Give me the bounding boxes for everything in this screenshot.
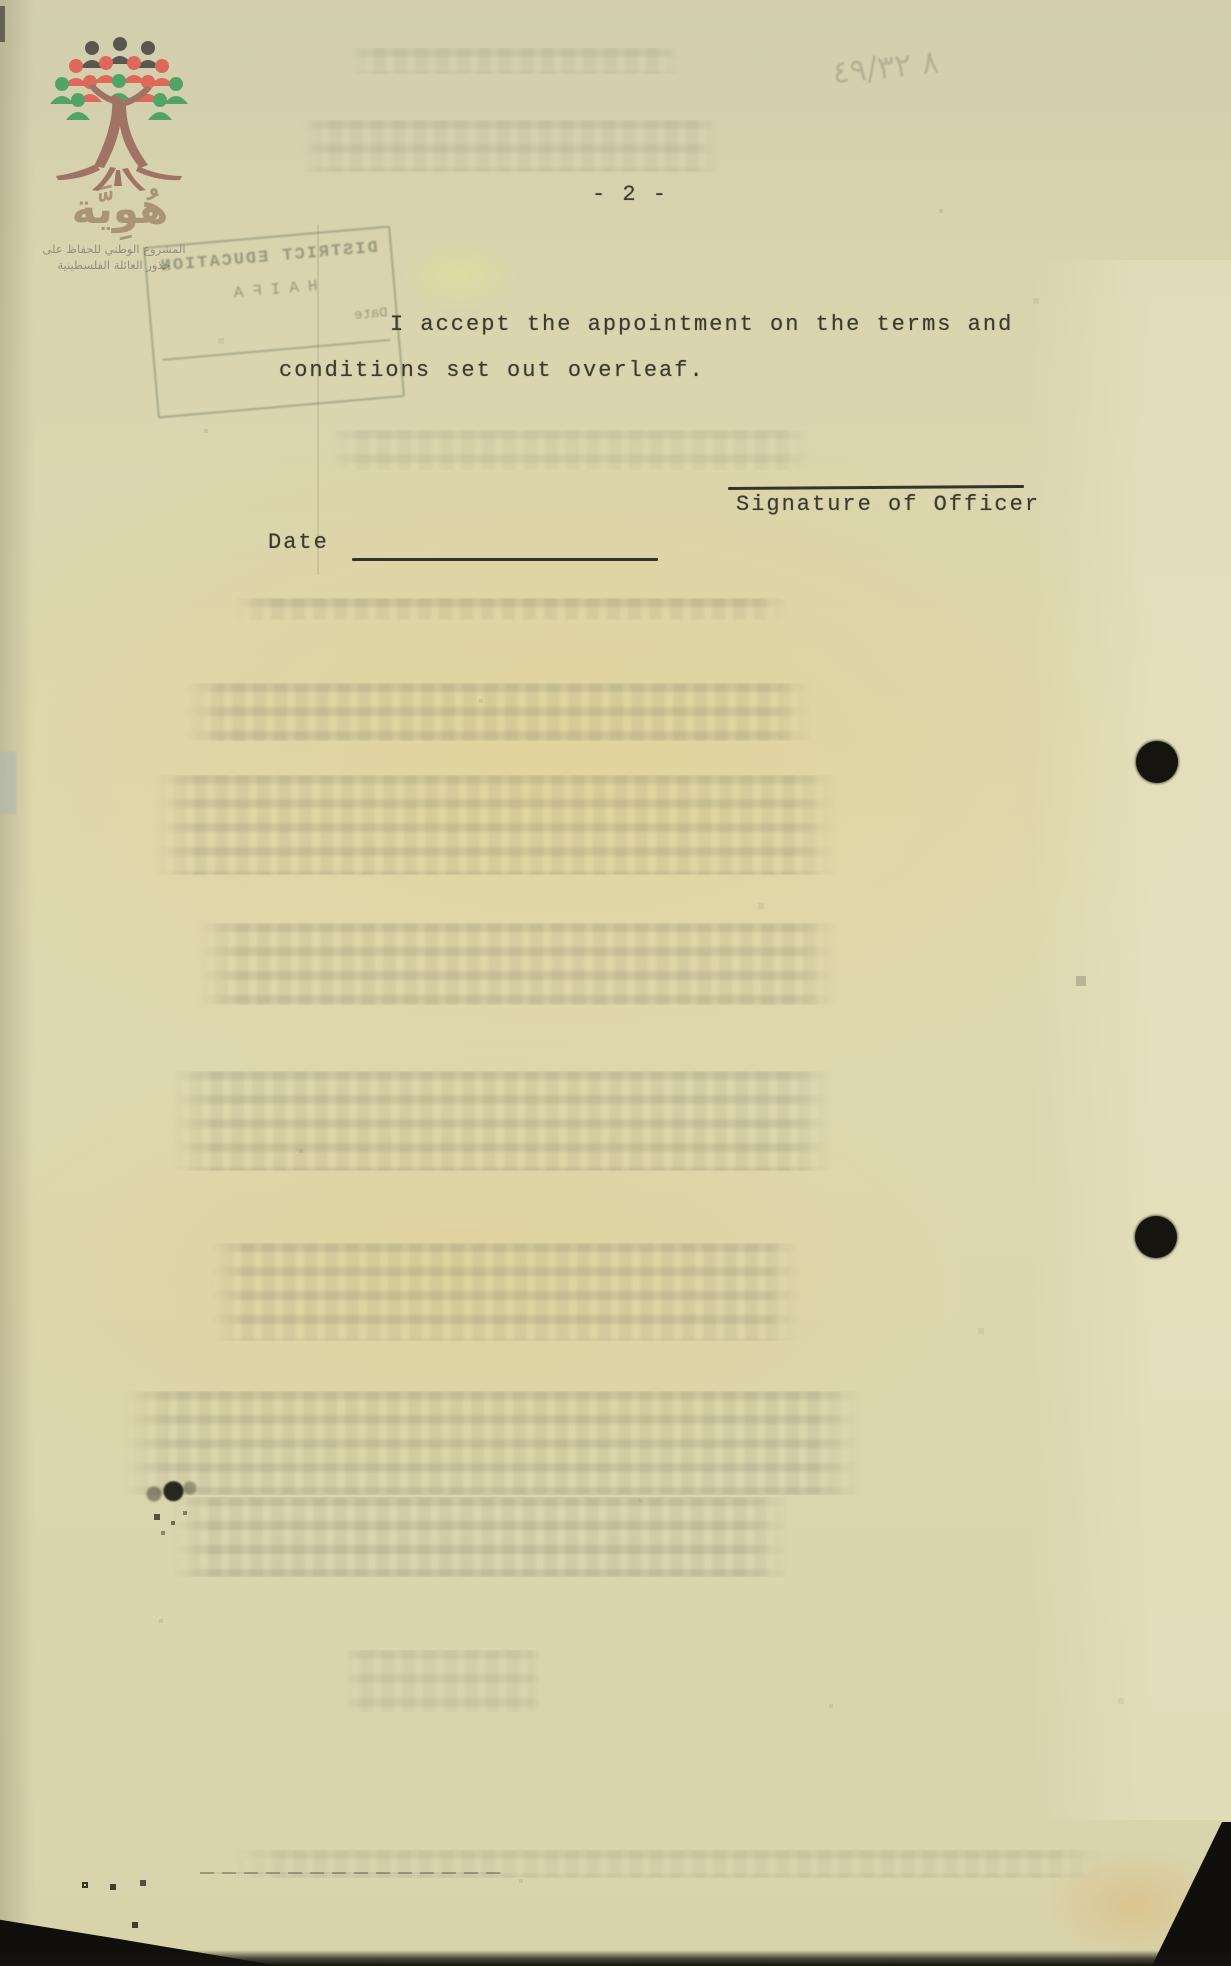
bleedthrough-paragraph (209, 1243, 800, 1341)
top-left-edge-nick (0, 6, 5, 42)
stamp-place-line: HAIFA (157, 271, 386, 309)
bleedthrough-stamp: DISTRICT EDUCATION HAIFA Date (143, 226, 405, 419)
body-text-line1: I accept the appointment on the terms an… (390, 312, 1013, 337)
signature-line (728, 485, 1024, 490)
ink-specks (150, 1510, 152, 1512)
paper-stain-lower (0, 1040, 960, 1500)
handwritten-pencil-mark: ٨ ٤٩/٣٢ (830, 43, 940, 92)
bleedthrough-paragraph (123, 1391, 862, 1495)
footer-ink-specks (84, 1884, 86, 1886)
paper-tone-top (0, 0, 1231, 270)
bleedthrough-paragraph (234, 598, 788, 620)
ink-blotch (136, 1472, 208, 1512)
bleedthrough-paragraph (172, 1071, 832, 1171)
page-number: - 2 - (592, 182, 668, 207)
paper-tone-right (1030, 260, 1231, 1820)
footer-dotted-rule (200, 1872, 502, 1874)
logo-wordmark: هُوِيَّة (58, 184, 182, 233)
bleedthrough-paragraph (185, 683, 812, 741)
stamp-date-line: Date (160, 305, 389, 341)
paper-stain-small (400, 240, 520, 310)
paper-grain-specks (0, 0, 2, 2)
bleedthrough-header-smudge (300, 120, 720, 172)
date-label: Date (268, 530, 329, 555)
bleedthrough-paragraph (330, 430, 810, 470)
paper-stain-center (20, 410, 1231, 1110)
paper-edge-shadow (0, 0, 34, 1966)
punch-hole-top (1136, 741, 1178, 783)
body-text-line2: conditions set out overleaf. (279, 358, 705, 383)
date-line (352, 558, 658, 561)
scanned-document-page: هُوِيَّة المشروع الوطني للحفاظ على جذور … (0, 0, 1231, 1966)
scan-edge-bottom (0, 1950, 1231, 1966)
left-edge-tab (0, 752, 16, 814)
bleedthrough-paragraph (154, 775, 837, 875)
scan-corner-shadow-bottom-right (1141, 1822, 1231, 1966)
bleedthrough-paragraph (345, 1650, 541, 1712)
huwiyya-tree-logo-icon (50, 34, 190, 194)
signature-label: Signature of Officer (736, 492, 1040, 517)
punch-hole-bottom (1135, 1216, 1177, 1258)
bleedthrough-paragraph (197, 923, 837, 1005)
bleedthrough-header-smudge (350, 48, 680, 74)
bleedthrough-paragraph (172, 1497, 788, 1577)
stamp-office-line: DISTRICT EDUCATION (154, 238, 383, 277)
